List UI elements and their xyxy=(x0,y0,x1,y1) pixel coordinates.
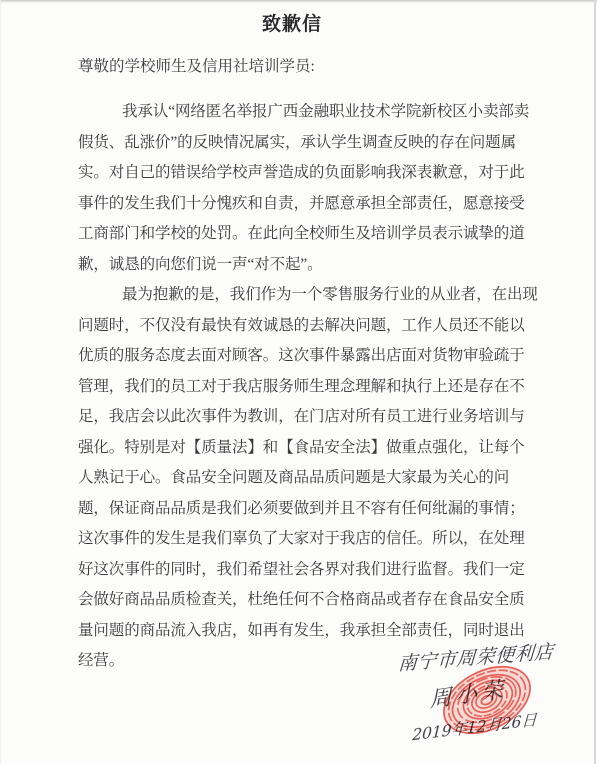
letter-title: 致歉信 xyxy=(0,9,584,36)
letter-line: 人熟记于心。食品安全问题及商品品质问题是大家最为关心的问 xyxy=(78,463,538,494)
letter-line: 假货、乱涨价”的反映情况属实，承认学生调查反映的存在问题属 xyxy=(78,128,538,159)
letter-line: 量问题的商品流入我店，如再有发生，我承担全部责任，同时退出 xyxy=(78,616,538,647)
letter-line: 这次事件的发生是我们辜负了大家对于我店的信任。所以，在处理 xyxy=(78,524,538,555)
letter-line: 问题时，不仅没有最快有效诚恳的去解决问题，工作人员还不能以 xyxy=(78,311,538,342)
letter-line: 工商部门和学校的处罚。在此向全校师生及培训学员表示诚挚的道 xyxy=(78,219,538,250)
letter-line: 事件的发生我们十分愧疚和自责，并愿意承担全部责任，愿意接受 xyxy=(78,189,538,220)
letter-line: 好这次事件的同时，我们希望社会各界对我们进行监督。我们一定 xyxy=(78,555,538,586)
letter-line: 强化。特别是对【质量法】和【食品安全法】做重点强化，让每个 xyxy=(78,433,538,464)
letter-line: 实。对自己的错误给学校声誉造成的负面影响我深表歉意，对于此 xyxy=(78,158,538,189)
scan-edge-left xyxy=(0,0,1,764)
letter-line: 会做好商品品质检查关，杜绝任何不合格商品或者存在食品安全质 xyxy=(78,585,538,616)
scan-edge-right xyxy=(594,0,596,764)
letter-salutation: 尊敬的学校师生及信用社培训学员: xyxy=(78,54,315,76)
letter-line: 最为抱歉的是，我们作为一个零售服务行业的从业者，在出现 xyxy=(78,280,538,311)
letter-body: 我承认“网络匿名举报广西金融职业技术学院新校区小卖部卖 假货、乱涨价”的反映情况… xyxy=(78,97,538,677)
letter-line: 足，我店会以此次事件为教训，在门店对所有员工进行业务培训与 xyxy=(78,402,538,433)
scan-edge-top xyxy=(0,0,597,3)
letter-line: 优质的服务态度去面对顾客。这次事件暴露出店面对货物审验疏于 xyxy=(78,341,538,372)
letter-line: 题，保证商品品质是我们必须要做到并且不容有任何纰漏的事情； xyxy=(78,494,538,525)
fingerprint-seal xyxy=(433,662,541,738)
letter-line: 歉，诚恳的向您们说一声“对不起”。 xyxy=(78,250,538,281)
apology-letter-page: 致歉信 尊敬的学校师生及信用社培训学员: 我承认“网络匿名举报广西金融职业技术学… xyxy=(0,0,597,764)
letter-line: 我承认“网络匿名举报广西金融职业技术学院新校区小卖部卖 xyxy=(78,97,538,128)
letter-line: 管理，我们的员工对于我店服务师生理念理解和执行上还是存在不 xyxy=(78,372,538,403)
